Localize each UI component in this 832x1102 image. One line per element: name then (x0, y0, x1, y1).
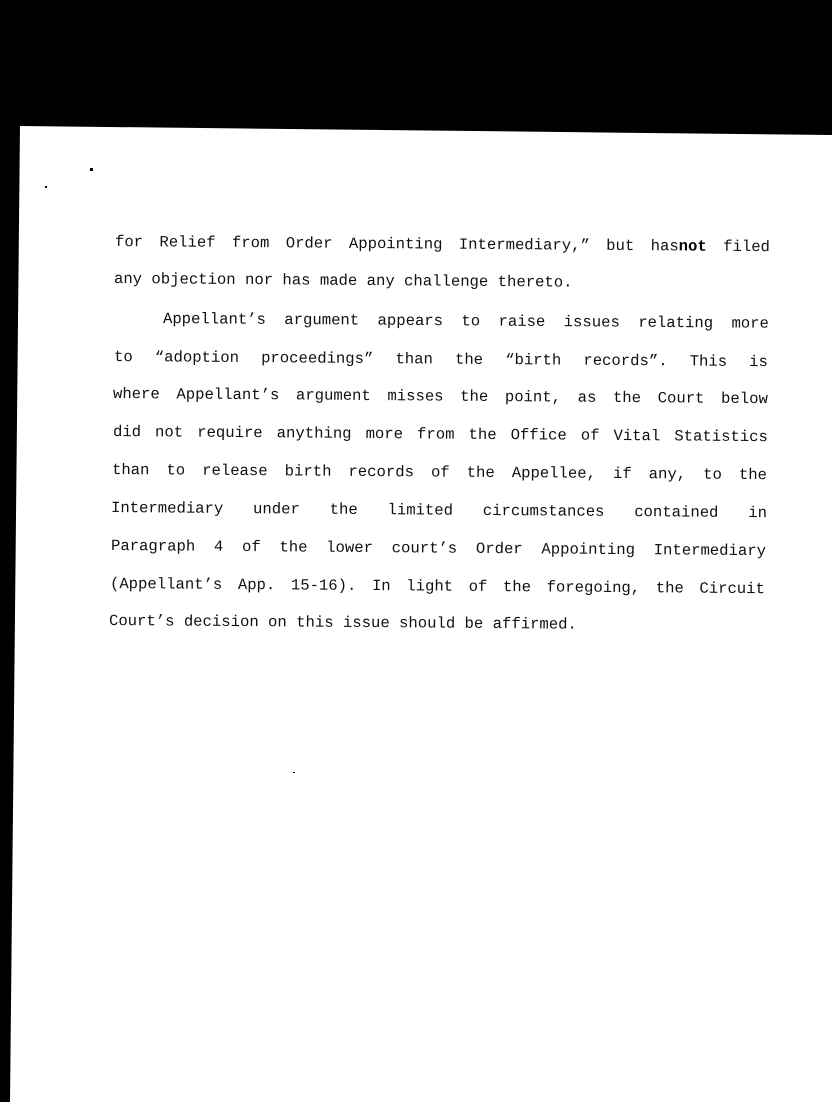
text-line: to“adoptionproceedings”thanthe“birthreco… (114, 348, 768, 371)
word: Appointing (349, 235, 443, 254)
word: did (113, 423, 141, 441)
text-line: (Appellant’sApp.15-16).Inlightoftheforeg… (110, 575, 765, 598)
word: than (395, 350, 433, 368)
word: limited (387, 501, 453, 520)
word: point, (505, 388, 561, 406)
word: the (467, 464, 495, 482)
word: foregoing, (547, 578, 641, 597)
word: the (503, 578, 531, 596)
word: 15-16). (291, 576, 357, 595)
word: argument (296, 386, 371, 405)
word: Relief (159, 233, 215, 251)
word: the (613, 389, 641, 407)
word: to (461, 312, 480, 330)
word: below (721, 390, 768, 408)
text-line: any objection nor has made any challenge… (114, 270, 573, 292)
word: In (372, 577, 391, 595)
word: from (417, 425, 455, 443)
word: more (731, 314, 769, 332)
word: the (455, 351, 483, 369)
word: under (253, 500, 300, 518)
word: Court (658, 389, 705, 407)
word: records”. (583, 352, 667, 371)
word: circumstances (483, 502, 605, 521)
line-text: any objection nor has made any challenge… (114, 270, 573, 292)
text-line: Appellant’sargumentappearstoraiseissuesr… (163, 310, 769, 333)
word: light (406, 577, 453, 595)
word: court’s (392, 539, 458, 558)
word: of (581, 427, 600, 445)
word: the (279, 538, 307, 556)
word: issues (564, 313, 620, 331)
word: to (114, 348, 133, 366)
word: the (460, 388, 488, 406)
word: is (749, 353, 768, 371)
text-line: Paragraph4ofthelowercourt’sOrderAppointi… (111, 537, 766, 560)
word: contained (634, 503, 718, 522)
text-line: thantoreleasebirthrecordsoftheAppellee,i… (112, 461, 767, 484)
word: “adoption (155, 348, 239, 367)
word: as (578, 389, 597, 407)
word: from (232, 234, 270, 252)
word: of (469, 578, 488, 596)
word: of (431, 464, 450, 482)
text-line: forRelieffromOrderAppointingIntermediary… (115, 233, 770, 256)
word: the (739, 466, 767, 484)
word: Intermediary,” (459, 236, 590, 255)
word: to (703, 466, 722, 484)
word: Appellant’s (163, 310, 266, 329)
word: birth (285, 462, 332, 480)
document-body: forRelieffromOrderAppointingIntermediary… (0, 0, 832, 1102)
word: to (166, 461, 185, 479)
word: of (242, 538, 261, 556)
word: relating (638, 314, 713, 333)
word: but (606, 237, 634, 255)
word: the (330, 501, 358, 519)
word: if (613, 465, 632, 483)
word: Appellant’s (176, 385, 279, 404)
word: where (113, 385, 160, 403)
word: lower (326, 539, 373, 557)
word: than (112, 461, 150, 479)
word: raise (498, 313, 545, 331)
word: more (366, 425, 404, 443)
word: hasnot (651, 237, 707, 255)
text-line: Intermediaryunderthelimitedcircumstances… (111, 499, 767, 522)
word: Circuit (699, 580, 765, 599)
word: This (690, 353, 728, 371)
word: Paragraph (111, 537, 195, 556)
word: appears (377, 312, 443, 331)
word: for (115, 233, 143, 251)
word: Intermediary (111, 499, 223, 518)
word: require (197, 424, 263, 443)
word: Appellee, (512, 464, 596, 483)
word: Order (476, 540, 523, 558)
word: Appointing (541, 540, 635, 559)
word: anything (277, 424, 352, 443)
word: Intermediary (654, 541, 766, 560)
word: proceedings” (261, 349, 373, 368)
word: Order (286, 234, 333, 252)
word: the (468, 426, 496, 444)
word: (Appellant’s (110, 575, 222, 594)
scan-background: forRelieffromOrderAppointingIntermediary… (0, 0, 832, 1102)
word: Vital (613, 427, 660, 445)
text-line: whereAppellant’sargumentmissesthepoint,a… (113, 385, 768, 408)
word: Office (511, 426, 567, 444)
emphasized-text: not (679, 237, 707, 255)
word: records (348, 463, 414, 482)
word: Statistics (674, 427, 768, 446)
text-line: didnotrequireanythingmorefromtheOfficeof… (113, 423, 768, 446)
word: the (656, 579, 684, 597)
word: “birth (505, 351, 561, 369)
word: misses (387, 387, 443, 405)
word: not (155, 423, 183, 441)
text-line: Court’s decision on this issue should be… (109, 612, 577, 634)
word: argument (284, 311, 359, 330)
word: App. (238, 576, 276, 594)
word: filed (723, 238, 770, 256)
line-text: Court’s decision on this issue should be… (109, 612, 577, 634)
word: release (202, 462, 268, 481)
word: 4 (214, 538, 224, 556)
word: in (748, 504, 767, 522)
word: any, (649, 465, 687, 483)
